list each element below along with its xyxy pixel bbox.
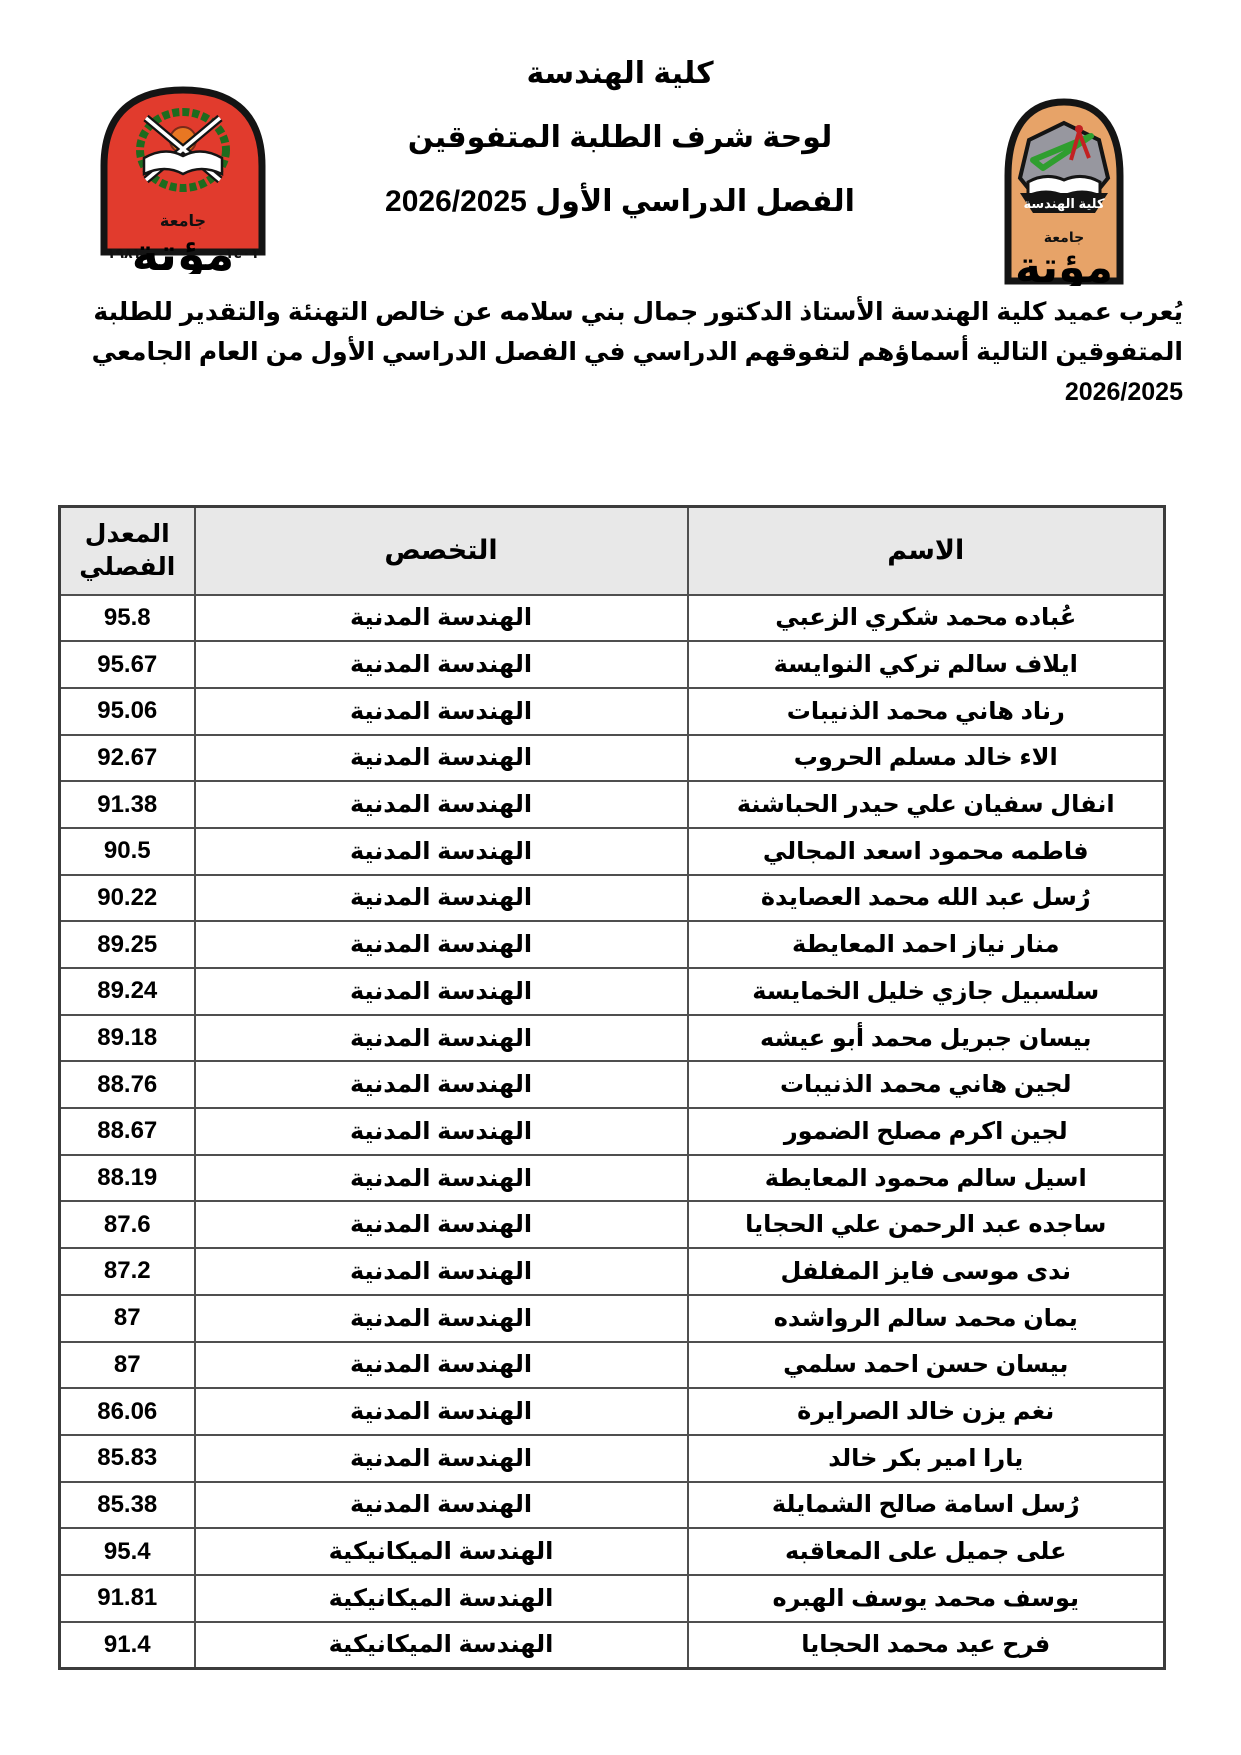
title-semester: الفصل الدراسي الأول 2026/2025 (280, 170, 960, 234)
table-row: رناد هاني محمد الذنيباتالهندسة المدنية95… (60, 688, 1165, 735)
gpa-cell: 88.19 (60, 1155, 195, 1202)
column-header-major: التخصص (195, 507, 688, 595)
student-name-cell: ساجده عبد الرحمن علي الحجايا (688, 1201, 1165, 1248)
table-row: لجين اكرم مصلح الضمورالهندسة المدنية88.6… (60, 1108, 1165, 1155)
student-name-cell: الاء خالد مسلم الحروب (688, 735, 1165, 782)
gpa-cell: 87.2 (60, 1248, 195, 1295)
major-cell: الهندسة المدنية (195, 921, 688, 968)
major-cell: الهندسة المدنية (195, 1201, 688, 1248)
major-cell: الهندسة الميكانيكية (195, 1575, 688, 1622)
table-header-row: الاسم التخصص المعدل الفصلي (60, 507, 1165, 595)
college-band-label: كلية الهندسة (1023, 196, 1105, 211)
gpa-cell: 95.4 (60, 1528, 195, 1575)
major-cell: الهندسة المدنية (195, 1388, 688, 1435)
mutah-university-emblem-icon: جامعة ١٩٨١ ١٤٠١ مؤتة (88, 74, 278, 274)
gpa-cell: 91.4 (60, 1622, 195, 1669)
major-cell: الهندسة المدنية (195, 968, 688, 1015)
title-honor-board: لوحة شرف الطلبة المتفوقين (280, 106, 960, 170)
table-row: الاء خالد مسلم الحروبالهندسة المدنية92.6… (60, 735, 1165, 782)
gpa-cell: 87.6 (60, 1201, 195, 1248)
table-row: ساجده عبد الرحمن علي الحجاياالهندسة المد… (60, 1201, 1165, 1248)
major-cell: الهندسة المدنية (195, 1435, 688, 1482)
table-row: نغم يزن خالد الصرايرةالهندسة المدنية86.0… (60, 1388, 1165, 1435)
student-name-cell: انفال سفيان علي حيدر الحباشنة (688, 781, 1165, 828)
major-cell: الهندسة المدنية (195, 1295, 688, 1342)
table-row: يارا امير بكر خالدالهندسة المدنية85.83 (60, 1435, 1165, 1482)
major-cell: الهندسة المدنية (195, 1482, 688, 1529)
table-row: رُسل اسامة صالح الشمايلةالهندسة المدنية8… (60, 1482, 1165, 1529)
gpa-cell: 85.38 (60, 1482, 195, 1529)
table-row: فرح عيد محمد الحجاياالهندسة الميكانيكية9… (60, 1622, 1165, 1669)
document-page: جامعة ١٩٨١ ١٤٠١ مؤتة كلية الهندسة لوحة ش… (0, 0, 1241, 1755)
document-title-block: كلية الهندسة لوحة شرف الطلبة المتفوقين ا… (280, 42, 960, 234)
student-name-cell: ندى موسى فايز المفلفل (688, 1248, 1165, 1295)
student-name-cell: يوسف محمد يوسف الهبره (688, 1575, 1165, 1622)
mutah-calligraphy-label: مؤتة (132, 228, 235, 274)
student-name-cell: يارا امير بكر خالد (688, 1435, 1165, 1482)
student-name-cell: ايلاف سالم تركي النوايسة (688, 641, 1165, 688)
student-name-cell: على جميل على المعاقبه (688, 1528, 1165, 1575)
table-row: بيسان جبريل محمد أبو عيشهالهندسة المدنية… (60, 1015, 1165, 1062)
student-name-cell: عُباده محمد شكري الزعبي (688, 595, 1165, 642)
student-name-cell: سلسبيل جازي خليل الخمايسة (688, 968, 1165, 1015)
table-row: منار نياز احمد المعايطةالهندسة المدنية89… (60, 921, 1165, 968)
student-name-cell: بيسان جبريل محمد أبو عيشه (688, 1015, 1165, 1062)
table-row: سلسبيل جازي خليل الخمايسةالهندسة المدنية… (60, 968, 1165, 1015)
major-cell: الهندسة المدنية (195, 1342, 688, 1389)
major-cell: الهندسة المدنية (195, 1061, 688, 1108)
gpa-cell: 87 (60, 1342, 195, 1389)
gpa-cell: 86.06 (60, 1388, 195, 1435)
table-row: لجين هاني محمد الذنيباتالهندسة المدنية88… (60, 1061, 1165, 1108)
gpa-cell: 90.22 (60, 875, 195, 922)
student-name-cell: لجين اكرم مصلح الضمور (688, 1108, 1165, 1155)
major-cell: الهندسة المدنية (195, 1108, 688, 1155)
student-name-cell: رناد هاني محمد الذنيبات (688, 688, 1165, 735)
student-name-cell: رُسل اسامة صالح الشمايلة (688, 1482, 1165, 1529)
gpa-cell: 89.25 (60, 921, 195, 968)
student-name-cell: يمان محمد سالم الرواشده (688, 1295, 1165, 1342)
major-cell: الهندسة المدنية (195, 595, 688, 642)
gpa-cell: 85.83 (60, 1435, 195, 1482)
table-row: ندى موسى فايز المفلفلالهندسة المدنية87.2 (60, 1248, 1165, 1295)
major-cell: الهندسة المدنية (195, 641, 688, 688)
student-name-cell: بيسان حسن احمد سلمي (688, 1342, 1165, 1389)
student-name-cell: اسيل سالم محمود المعايطة (688, 1155, 1165, 1202)
open-book-icon (144, 151, 222, 174)
major-cell: الهندسة المدنية (195, 781, 688, 828)
major-cell: الهندسة الميكانيكية (195, 1622, 688, 1669)
gpa-cell: 91.38 (60, 781, 195, 828)
gpa-cell: 95.8 (60, 595, 195, 642)
student-name-cell: رُسل عبد الله محمد العصايدة (688, 875, 1165, 922)
honor-roll-table-body: عُباده محمد شكري الزعبيالهندسة المدنية95… (60, 595, 1165, 1669)
gpa-cell: 95.06 (60, 688, 195, 735)
title-college: كلية الهندسة (280, 42, 960, 106)
major-cell: الهندسة المدنية (195, 875, 688, 922)
table-row: ايلاف سالم تركي النوايسةالهندسة المدنية9… (60, 641, 1165, 688)
table-row: عُباده محمد شكري الزعبيالهندسة المدنية95… (60, 595, 1165, 642)
student-name-cell: لجين هاني محمد الذنيبات (688, 1061, 1165, 1108)
gpa-cell: 89.24 (60, 968, 195, 1015)
dean-congratulations-paragraph: يُعرب عميد كلية الهندسة الأستاذ الدكتور … (56, 292, 1183, 412)
major-cell: الهندسة المدنية (195, 1248, 688, 1295)
student-name-cell: فاطمه محمود اسعد المجالي (688, 828, 1165, 875)
major-cell: الهندسة المدنية (195, 1015, 688, 1062)
table-row: يمان محمد سالم الرواشدهالهندسة المدنية87 (60, 1295, 1165, 1342)
table-row: اسيل سالم محمود المعايطةالهندسة المدنية8… (60, 1155, 1165, 1202)
column-header-gpa: المعدل الفصلي (60, 507, 195, 595)
table-row: على جميل على المعاقبهالهندسة الميكانيكية… (60, 1528, 1165, 1575)
gpa-cell: 89.18 (60, 1015, 195, 1062)
honor-roll-table: الاسم التخصص المعدل الفصلي عُباده محمد ش… (58, 505, 1166, 1670)
gpa-cell: 88.76 (60, 1061, 195, 1108)
table-row: بيسان حسن احمد سلميالهندسة المدنية87 (60, 1342, 1165, 1389)
student-name-cell: منار نياز احمد المعايطة (688, 921, 1165, 968)
gpa-cell: 88.67 (60, 1108, 195, 1155)
student-name-cell: نغم يزن خالد الصرايرة (688, 1388, 1165, 1435)
major-cell: الهندسة الميكانيكية (195, 1528, 688, 1575)
column-header-name: الاسم (688, 507, 1165, 595)
major-cell: الهندسة المدنية (195, 688, 688, 735)
gpa-cell: 95.67 (60, 641, 195, 688)
table-row: رُسل عبد الله محمد العصايدةالهندسة المدن… (60, 875, 1165, 922)
gpa-cell: 90.5 (60, 828, 195, 875)
gpa-cell: 87 (60, 1295, 195, 1342)
major-cell: الهندسة المدنية (195, 735, 688, 782)
student-name-cell: فرح عيد محمد الحجايا (688, 1622, 1165, 1669)
mutah-calligraphy-label: مؤتة (1015, 243, 1113, 286)
mutah-university-logo: جامعة ١٩٨١ ١٤٠١ مؤتة (88, 74, 278, 274)
gpa-cell: 92.67 (60, 735, 195, 782)
table-row: انفال سفيان علي حيدر الحباشنةالهندسة الم… (60, 781, 1165, 828)
major-cell: الهندسة المدنية (195, 828, 688, 875)
engineering-college-emblem-icon: كلية الهندسة جامعة مؤتة (975, 86, 1150, 286)
major-cell: الهندسة المدنية (195, 1155, 688, 1202)
engineering-college-logo: كلية الهندسة جامعة مؤتة (975, 86, 1150, 286)
table-row: يوسف محمد يوسف الهبرهالهندسة الميكانيكية… (60, 1575, 1165, 1622)
table-row: فاطمه محمود اسعد المجاليالهندسة المدنية9… (60, 828, 1165, 875)
gpa-cell: 91.81 (60, 1575, 195, 1622)
